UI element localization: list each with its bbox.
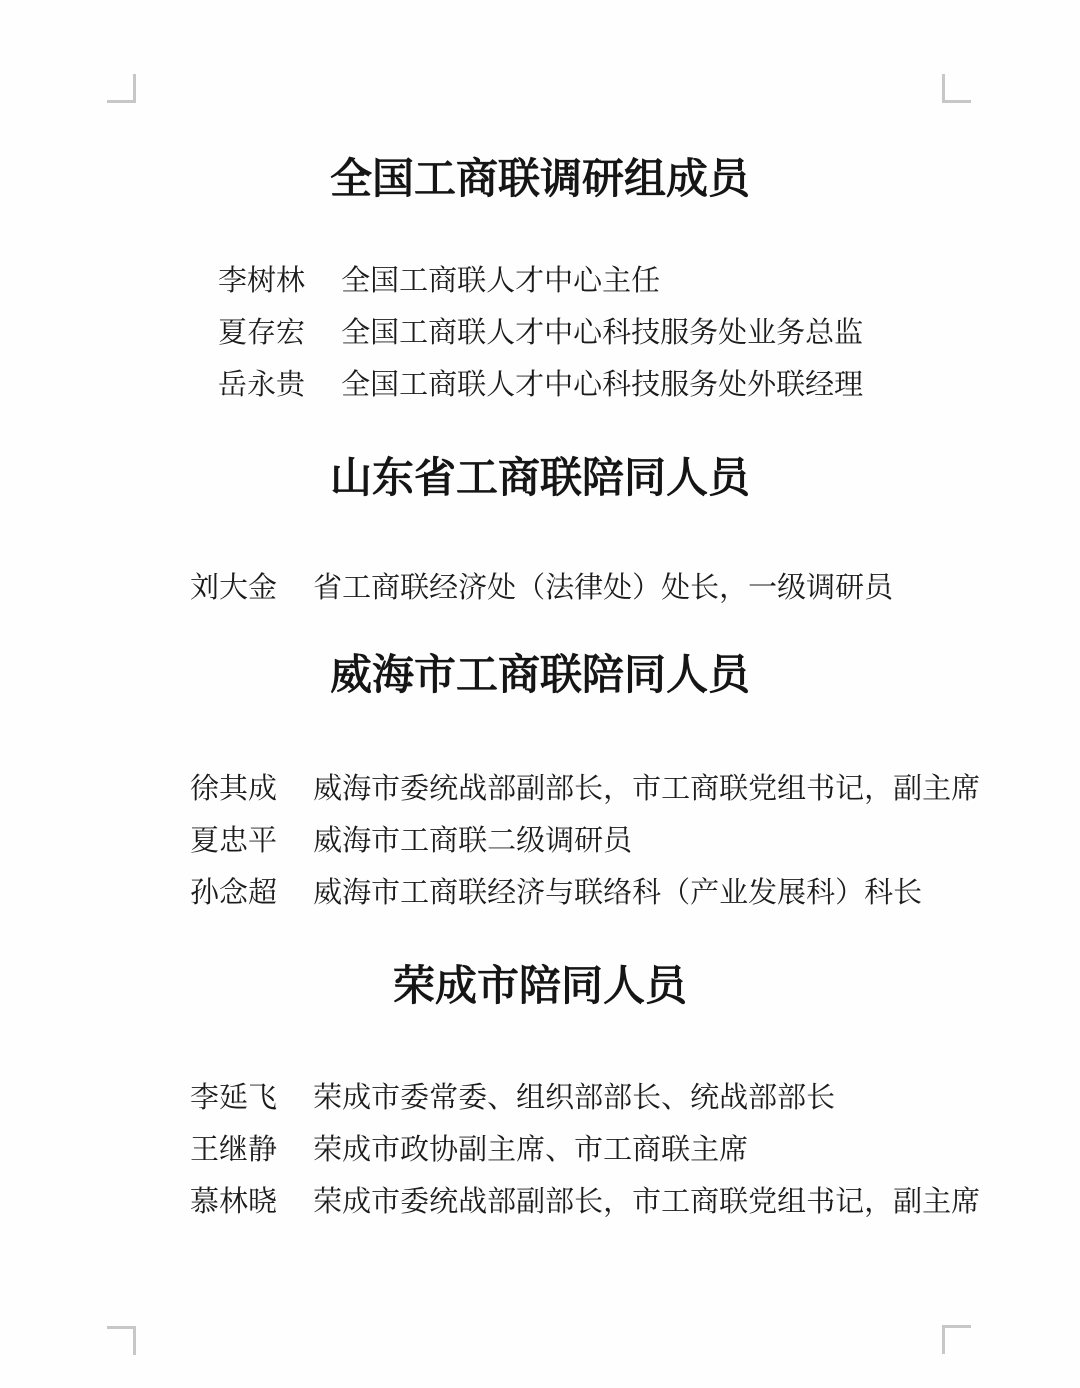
member-name: 徐其成 <box>190 774 278 806</box>
member-name: 夏存宏 <box>218 318 306 350</box>
section-title-national-research-group: 全国工商联调研组成员 <box>0 156 1080 202</box>
member-role: 威海市工商联二级调研员 <box>313 825 632 857</box>
member-name: 孙念超 <box>190 878 278 910</box>
member-role: 荣成市政协副主席、市工商联主席 <box>313 1134 748 1166</box>
crop-mark-top-left-icon <box>107 74 136 103</box>
member-role: 省工商联经济处（法律处）处长，一级调研员 <box>313 572 893 604</box>
member-row: 慕林晓 荣成市委统战部副部长，市工商联党组书记，副主席 <box>190 1187 980 1219</box>
member-name: 李树林 <box>218 266 306 298</box>
member-name: 刘大金 <box>190 573 278 605</box>
member-row: 岳永贵 全国工商联人才中心科技服务处外联经理 <box>218 370 863 402</box>
crop-mark-top-right-icon <box>942 74 971 103</box>
crop-mark-bottom-left-icon <box>107 1326 136 1355</box>
member-name: 夏忠平 <box>190 826 278 858</box>
member-row: 李延飞 荣成市委常委、组织部部长、统战部部长 <box>190 1083 835 1115</box>
member-role: 威海市委统战部副部长，市工商联党组书记，副主席 <box>313 773 980 805</box>
member-row: 刘大金 省工商联经济处（法律处）处长，一级调研员 <box>190 573 893 605</box>
member-role: 荣成市委统战部副部长，市工商联党组书记，副主席 <box>313 1186 980 1218</box>
member-role: 全国工商联人才中心科技服务处外联经理 <box>341 369 863 401</box>
member-name: 王继静 <box>190 1135 278 1167</box>
document-page: 全国工商联调研组成员 李树林 全国工商联人才中心主任 夏存宏 全国工商联人才中心… <box>0 0 1080 1388</box>
member-row: 夏存宏 全国工商联人才中心科技服务处业务总监 <box>218 318 863 350</box>
member-row: 夏忠平 威海市工商联二级调研员 <box>190 826 632 858</box>
member-row: 王继静 荣成市政协副主席、市工商联主席 <box>190 1135 748 1167</box>
member-row: 徐其成 威海市委统战部副部长，市工商联党组书记，副主席 <box>190 774 980 806</box>
member-role: 威海市工商联经济与联络科（产业发展科）科长 <box>313 877 922 909</box>
section-title-rongcheng-accompanying: 荣成市陪同人员 <box>0 963 1080 1009</box>
section-title-weihai-accompanying: 威海市工商联陪同人员 <box>0 652 1080 698</box>
member-role: 全国工商联人才中心主任 <box>341 265 660 297</box>
member-row: 孙念超 威海市工商联经济与联络科（产业发展科）科长 <box>190 878 922 910</box>
crop-mark-bottom-right-icon <box>942 1325 971 1354</box>
member-name: 李延飞 <box>190 1083 278 1115</box>
member-role: 荣成市委常委、组织部部长、统战部部长 <box>313 1082 835 1114</box>
member-role: 全国工商联人才中心科技服务处业务总监 <box>341 317 863 349</box>
section-title-shandong-accompanying: 山东省工商联陪同人员 <box>0 455 1080 501</box>
member-name: 岳永贵 <box>218 370 306 402</box>
member-row: 李树林 全国工商联人才中心主任 <box>218 266 660 298</box>
member-name: 慕林晓 <box>190 1187 278 1219</box>
